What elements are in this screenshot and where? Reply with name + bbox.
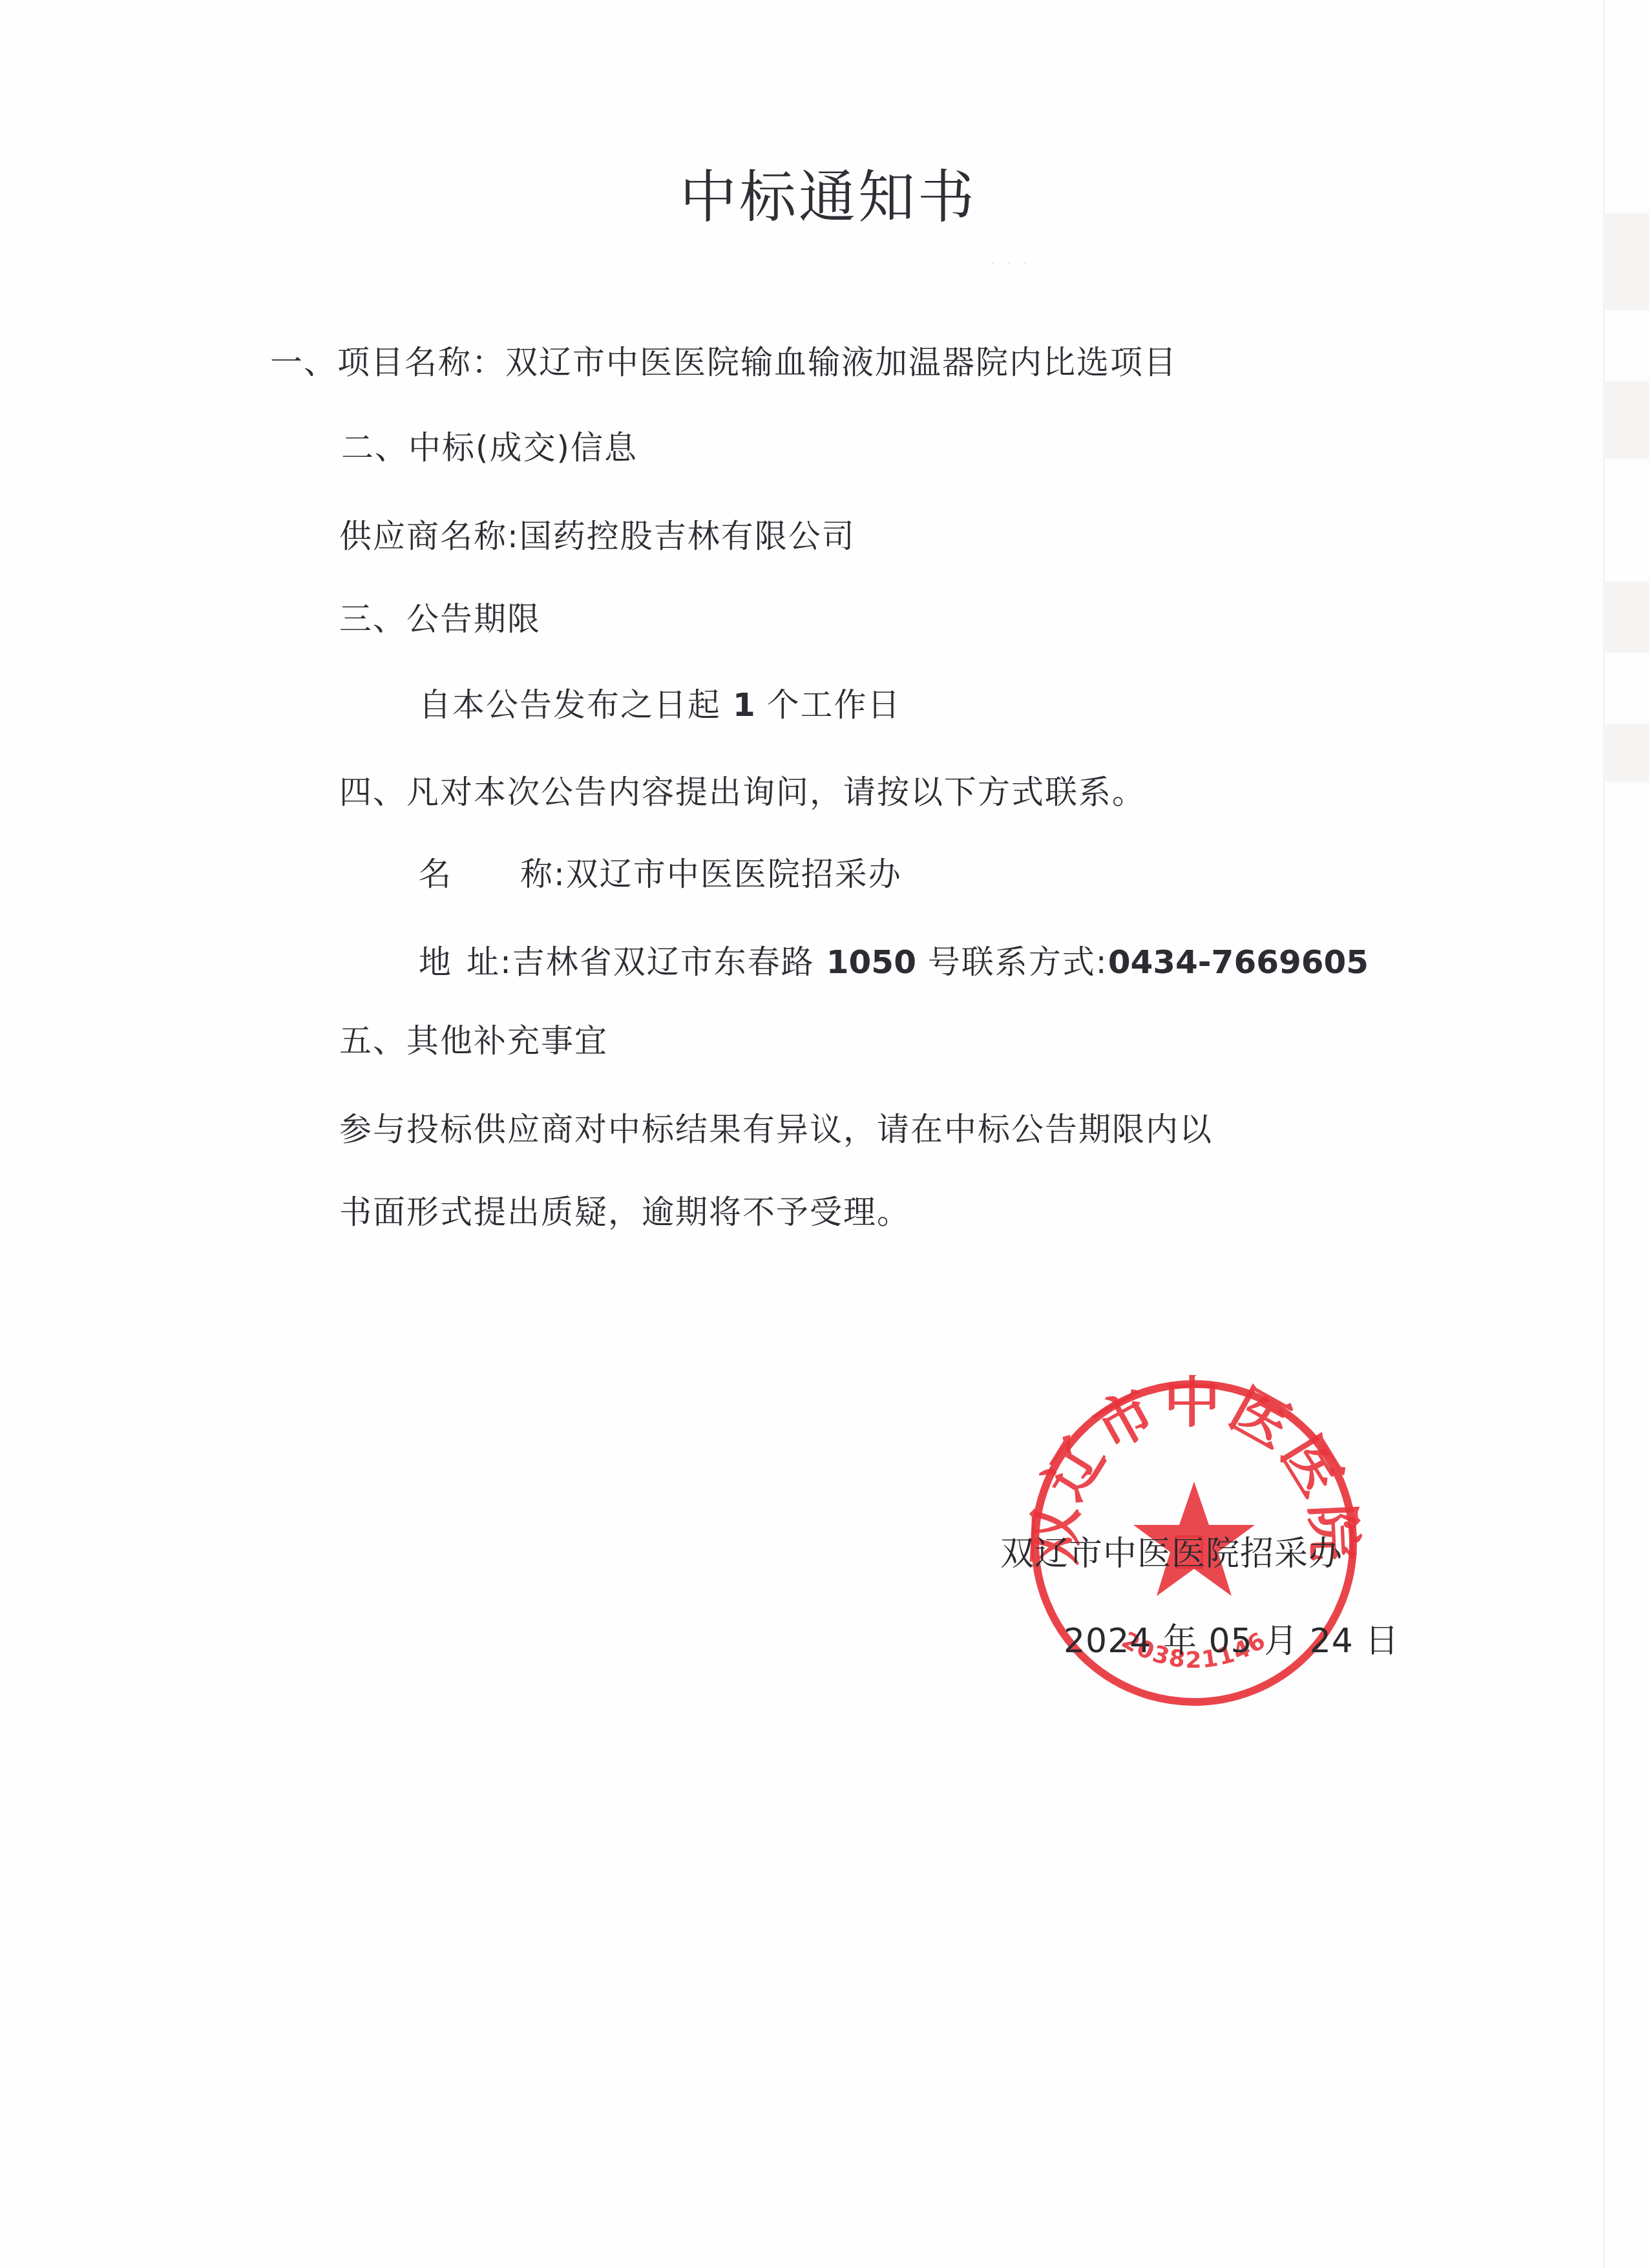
notice-period-after: 个工作日 xyxy=(767,686,901,724)
supplier-value: 国药控股吉林有限公司 xyxy=(520,518,856,555)
address-label-2: 址: xyxy=(467,943,512,981)
scan-artifact xyxy=(1605,381,1649,459)
project-name-label: 一、项目名称： xyxy=(270,344,505,381)
signature-organization: 双辽市中医医院招采办 xyxy=(1000,1531,1343,1577)
scan-artifact xyxy=(1605,724,1649,782)
signature-date: 2024 年 05 月 24 日 xyxy=(1064,1619,1399,1664)
contact-phone: 0434-7669605 xyxy=(1108,943,1369,981)
contact-name-value: 双辽市中医医院招采办 xyxy=(566,856,902,893)
scan-specks: · · · xyxy=(992,258,1032,269)
supplier-label: 供应商名称: xyxy=(339,518,520,555)
scan-artifact xyxy=(1605,582,1649,653)
contact-name-line: 名称:双辽市中医医院招采办 xyxy=(419,852,902,897)
project-name-line: 一、项目名称：双辽市中医医院输血输液加温器院内比选项目 xyxy=(270,340,1177,385)
address-label-1: 地 xyxy=(419,943,452,981)
date-year: 2024 xyxy=(1064,1622,1151,1661)
other-matters-heading: 五、其他补充事宜 xyxy=(339,1018,608,1064)
date-month-unit: 月 xyxy=(1264,1622,1298,1661)
objection-text-line-1: 参与投标供应商对中标结果有异议，请在中标公告期限内以 xyxy=(339,1107,1213,1152)
supplier-line: 供应商名称:国药控股吉林有限公司 xyxy=(339,514,856,559)
document-title: 中标通知书 xyxy=(680,162,977,233)
date-day: 24 xyxy=(1310,1622,1354,1661)
date-month: 05 xyxy=(1208,1622,1252,1661)
notice-period-days: 1 xyxy=(733,686,755,724)
notice-period-before: 自本公告发布之日起 xyxy=(419,686,721,724)
objection-text-line-2: 书面形式提出质疑，逾期将不予受理。 xyxy=(339,1190,910,1235)
project-name-value: 双辽市中医医院输血输液加温器院内比选项目 xyxy=(505,344,1177,381)
scan-edge-line xyxy=(1603,0,1604,2268)
contact-address-line: 地址:吉林省双辽市东春路 1050 号联系方式:0434-7669605 xyxy=(419,940,1369,985)
scan-artifact xyxy=(1605,213,1649,310)
contact-heading: 四、凡对本次公告内容提出询问，请按以下方式联系。 xyxy=(339,770,1146,815)
address-text: 吉林省双辽市东春路 xyxy=(512,943,815,981)
date-day-unit: 日 xyxy=(1365,1622,1399,1661)
notice-period-text: 自本公告发布之日起 1 个工作日 xyxy=(419,682,901,728)
notice-period-heading: 三、公告期限 xyxy=(339,596,541,642)
address-suffix: 号联系方式: xyxy=(928,943,1108,981)
contact-name-label-1: 名 xyxy=(419,856,452,893)
award-info-heading: 二、中标(成交)信息 xyxy=(341,425,638,470)
contact-name-label-2: 称: xyxy=(520,856,566,893)
date-year-unit: 年 xyxy=(1163,1622,1197,1661)
address-number: 1050 xyxy=(826,943,916,981)
